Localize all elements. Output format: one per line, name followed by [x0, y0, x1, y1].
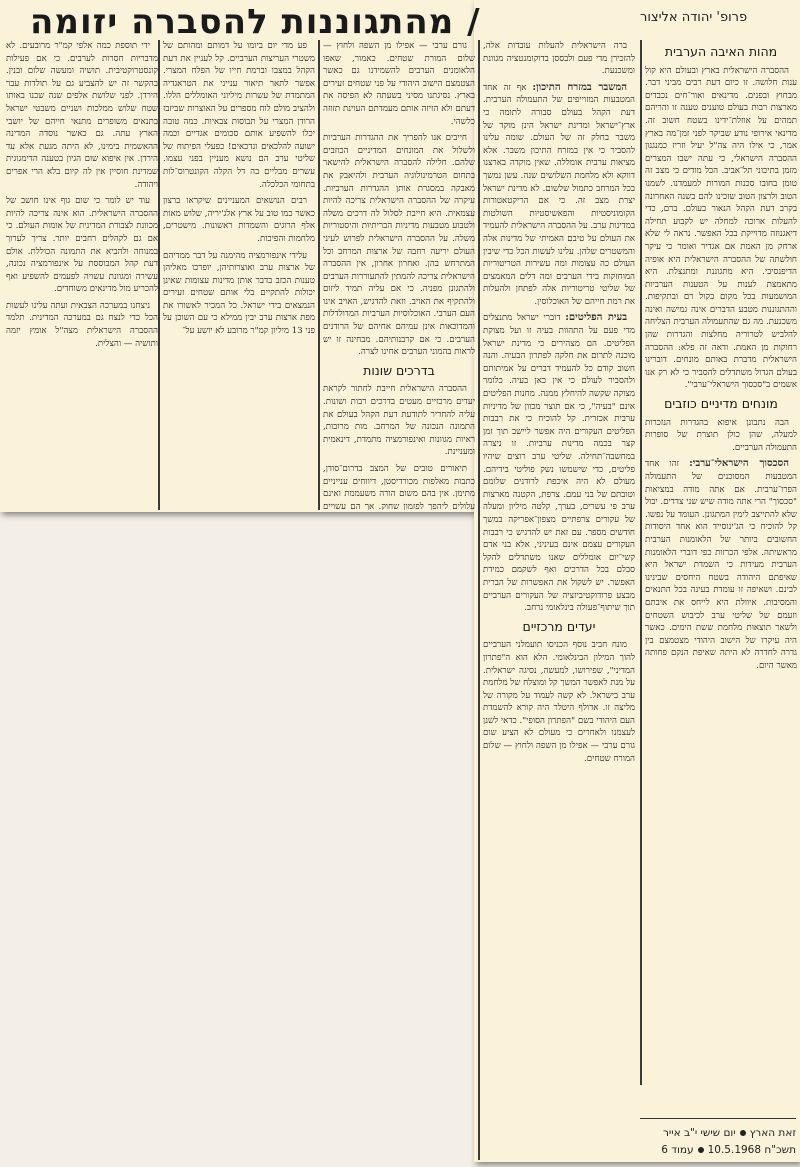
paragraph: רבים הנושאים המעניינים שיקראו ברצון כאשר…: [163, 195, 315, 245]
section-heading: יעדים מרכזיים: [483, 621, 635, 634]
lead-term: הסכסוך הישראלי־ערבי:: [689, 458, 789, 469]
paragraph: גורם ערבי — אפילו מן השפה ולחוץ — שלום ה…: [323, 40, 475, 128]
page-number: עמוד 6: [661, 1144, 693, 1156]
author-byline: פרופ' יהודה אליצור: [640, 10, 747, 25]
publication-day: יום שישי י"ב אייר: [663, 1127, 736, 1139]
bullet-icon: [740, 1130, 746, 1136]
section-heading: בדרכים שונות: [323, 365, 475, 378]
section-heading: מונחים מדיניים כוזבים: [645, 398, 797, 411]
hebrew-year: תשכ"ח: [764, 1144, 796, 1156]
column-2: ברה הישראלית להעלות עובדות אלה, להזכירן …: [483, 40, 635, 1160]
paragraph: הבה נתבונן איפוא בהגדרות הנזכרות למעלה, …: [645, 417, 797, 455]
column-divider: [318, 40, 320, 510]
column-divider: [640, 40, 642, 1085]
column-3: גורם ערבי — אפילו מן השפה ולחוץ — שלום ה…: [323, 40, 475, 510]
footer-line-2: תשכ"ח 10.5.1968עמוד 6: [640, 1142, 796, 1159]
column-5: ידי תוספת כמה אלפי קמ"ר מרובעים. לא מדבר…: [6, 40, 158, 510]
publication-footer: זאת הארץיום שישי י"ב אייר תשכ"ח 10.5.196…: [640, 1118, 796, 1159]
lead-text: דוברי ישראל מתנצלים מדי פעם על התהוות בע…: [483, 313, 635, 613]
publication-name: זאת הארץ: [750, 1127, 796, 1139]
lead-term: בעית הפליטים:: [565, 312, 627, 323]
paragraph: ניצחנו במערכה הצבאית ועתה עלינו לעשות הכ…: [6, 300, 158, 350]
paragraph: הסכסוך הישראלי־ערבי: זהו אחד המטבעות המס…: [645, 458, 797, 672]
bullet-icon: [698, 1147, 704, 1153]
paragraph: מונח חביב נוסף הכניסו תועמלני הערביים לה…: [483, 639, 635, 765]
column-divider: [478, 40, 480, 1160]
lead-text: אף זה אחד המטבעות המזוייפים של התעמולה ה…: [483, 83, 635, 307]
paragraph: ההסברה הישראלית בארץ ובעולם היא קול ענות…: [645, 65, 797, 392]
column-4: פע מדי יום ביומו על דמותם ומהותם של משטר…: [163, 40, 315, 510]
paragraph: עלידי אינפורמציה מהימנה על דבר ממדיהם של…: [163, 250, 315, 338]
lead-text: זהו אחד המטבעות המסוכנים של התעמולה הפרו…: [645, 459, 797, 671]
paragraph: ברה הישראלית להעלות עובדות אלה, להזכירן …: [483, 40, 635, 78]
column-divider: [158, 40, 160, 510]
paragraph: המשבר במזרח התיכון: אף זה אחד המטבעות המ…: [483, 82, 635, 309]
paragraph: פע מדי יום ביומו על דמותם ומהותם של משטר…: [163, 40, 315, 191]
section-heading: מהות האיבה הערבית: [645, 46, 797, 59]
paragraph: תיאורים טובים של המצב בדרום־סודן, כתבות …: [323, 463, 475, 510]
paragraph: ידי תוספת כמה אלפי קמ"ר מרובעים. לא מדבר…: [6, 40, 158, 191]
article-header: פרופ' יהודה אליצור / מהתגוננות להסברה יז…: [0, 0, 800, 40]
newspaper-clipping: פרופ' יהודה אליצור / מהתגוננות להסברה יז…: [0, 0, 800, 1167]
column-1: מהות האיבה הערבית ההסברה הישראלית בארץ ו…: [645, 40, 797, 1115]
paragraph: חייבים אנו להפריך את ההגדרות הערביות ולש…: [323, 132, 475, 359]
publication-date: 10.5.1968: [708, 1144, 761, 1156]
lead-term: המשבר במזרח התיכון:: [532, 82, 627, 93]
footer-line-1: זאת הארץיום שישי י"ב אייר: [640, 1125, 796, 1142]
paragraph: עוד יש לומר כי שום גוף אינו חושב של ההסב…: [6, 195, 158, 296]
article-headline: / מהתגוננות להסברה יזומה: [30, 2, 481, 42]
paragraph: בעית הפליטים: דוברי ישראל מתנצלים מדי פע…: [483, 312, 635, 614]
paragraph: ההסברה הישראלית חייבת לחתור לקראת יעדים …: [323, 383, 475, 459]
